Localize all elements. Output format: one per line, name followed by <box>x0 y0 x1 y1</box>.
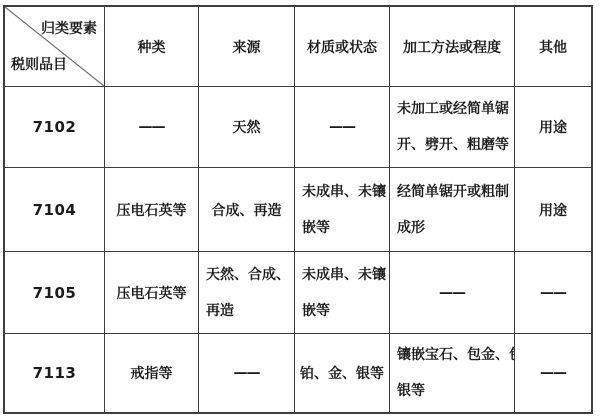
cell-7105-material: 未成串、未镶 嵌等 <box>295 252 390 334</box>
cell-7102-source: 天然 <box>199 87 295 168</box>
cell-7113-processing-line1: 镶嵌宝石、包金、包 <box>397 337 515 373</box>
cell-7104-kind: 压电石英等 <box>105 168 199 252</box>
cell-7105-source: 天然、合成、 再造 <box>199 252 295 334</box>
cell-7113-other: —— <box>515 334 591 412</box>
header-tariff-heading-label: 税则品目 <box>11 54 67 74</box>
cell-7113-processing: 镶嵌宝石、包金、包 银等 <box>390 334 515 412</box>
cell-7104-material-line1: 未成串、未镶 <box>302 174 386 210</box>
cell-7113-source: —— <box>199 334 295 412</box>
cell-7113-processing-line2: 银等 <box>397 373 425 409</box>
cell-7104-source: 合成、再造 <box>199 168 295 252</box>
column-header-processing: 加工方法或程度 <box>390 7 515 87</box>
cell-7104-other: 用途 <box>515 168 591 252</box>
cell-7104-processing-line2: 成形 <box>397 210 425 246</box>
cell-7102-processing-line2: 开、劈开、粗磨等 <box>397 127 509 163</box>
header-classification-elements-label: 归类要素 <box>41 18 97 38</box>
cell-7104-material: 未成串、未镶 嵌等 <box>295 168 390 252</box>
cell-code-7104: 7104 <box>5 168 105 252</box>
cell-7105-processing: —— <box>390 252 515 334</box>
cell-code-7102: 7102 <box>5 87 105 168</box>
cell-7102-other: 用途 <box>515 87 591 168</box>
cell-7102-kind: —— <box>105 87 199 168</box>
column-header-material: 材质或状态 <box>295 7 390 87</box>
diagonal-header-cell: 归类要素 税则品目 <box>5 7 105 87</box>
cell-7102-processing: 未加工或经简单锯 开、劈开、粗磨等 <box>390 87 515 168</box>
column-header-source: 来源 <box>199 7 295 87</box>
cell-7102-material: —— <box>295 87 390 168</box>
cell-7104-material-line2: 嵌等 <box>302 210 330 246</box>
cell-7105-material-line1: 未成串、未镶 <box>302 257 386 293</box>
cell-code-7105: 7105 <box>5 252 105 334</box>
cell-7105-other: —— <box>515 252 591 334</box>
cell-7113-material: 铂、金、银等 <box>295 334 390 412</box>
cell-7104-processing: 经简单锯开或粗制 成形 <box>390 168 515 252</box>
tariff-classification-table: 归类要素 税则品目 种类 来源 材质或状态 加工方法或程度 其他 7102 ——… <box>3 5 593 414</box>
column-header-kind: 种类 <box>105 7 199 87</box>
cell-7113-kind: 戒指等 <box>105 334 199 412</box>
cell-code-7113: 7113 <box>5 334 105 412</box>
cell-7102-processing-line1: 未加工或经简单锯 <box>397 91 509 127</box>
column-header-other: 其他 <box>515 7 591 87</box>
cell-7105-source-line2: 再造 <box>206 293 234 329</box>
cell-7105-kind: 压电石英等 <box>105 252 199 334</box>
cell-7105-source-line1: 天然、合成、 <box>206 257 290 293</box>
cell-7104-processing-line1: 经简单锯开或粗制 <box>397 174 509 210</box>
cell-7105-material-line2: 嵌等 <box>302 293 330 329</box>
